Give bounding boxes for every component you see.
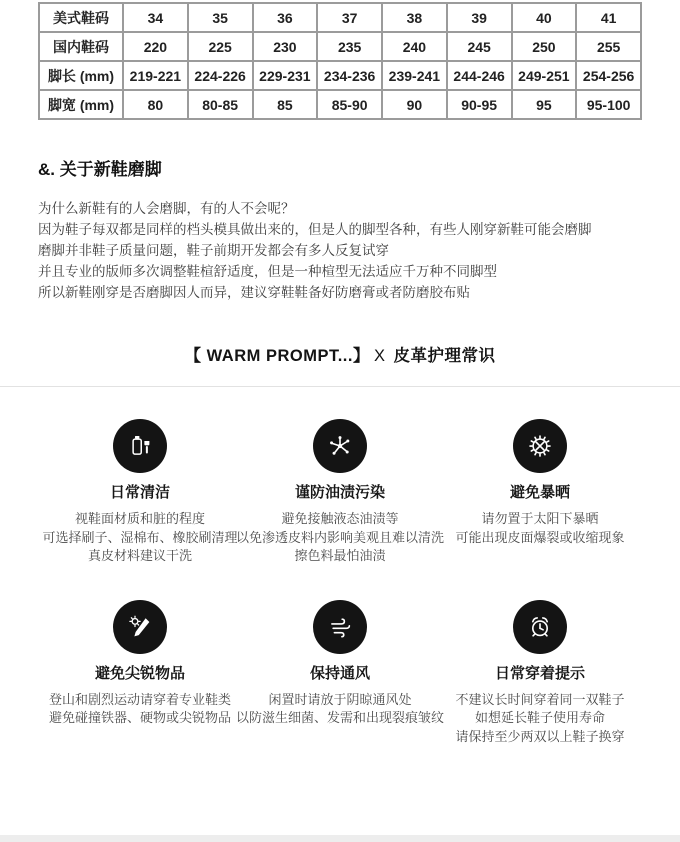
table-cell: 39 <box>447 3 512 32</box>
care-item-description: 避免接触液态油渍等 以免渗透皮料内影响美观且难以清洗 擦色料最怕油渍 <box>236 510 444 566</box>
splash-icon <box>313 419 367 473</box>
about-section-text: 为什么新鞋有的人会磨脚，有的人不会呢？ 因为鞋子每双都是同样的档头模具做出来的，… <box>38 198 592 303</box>
table-cell: 80 <box>123 90 188 119</box>
table-cell: 85 <box>253 90 318 119</box>
table-cell: 80-85 <box>188 90 253 119</box>
care-item-description: 请勿置于太阳下暴晒 可能出现皮面爆裂或收缩现象 <box>455 510 624 547</box>
care-item-title: 避免尖锐物品 <box>95 665 185 682</box>
care-desc-line: 不建议长时间穿着同一双鞋子 <box>455 691 624 710</box>
table-cell: 230 <box>253 32 318 61</box>
care-item-title: 避免暴晒 <box>510 484 570 501</box>
care-heading-x: X <box>374 347 386 365</box>
table-cell: 254-256 <box>576 61 641 90</box>
care-desc-line: 真皮材料建议干洗 <box>42 547 237 566</box>
about-text-line: 所以新鞋刚穿是否磨脚因人而异，建议穿鞋鞋备好防磨膏或者防磨胶布贴 <box>38 282 592 303</box>
care-heading-en: 【 WARM PROMPT...】 <box>185 347 370 365</box>
about-text-line: 为什么新鞋有的人会磨脚，有的人不会呢？ <box>38 198 592 219</box>
care-desc-line: 请保持至少两双以上鞋子换穿 <box>455 728 624 747</box>
table-cell: 36 <box>253 3 318 32</box>
care-item-description: 视鞋面材质和脏的程度 可选择刷子、湿棉布、橡胶刷清理 真皮材料建议干洗 <box>42 510 237 566</box>
care-desc-line: 视鞋面材质和脏的程度 <box>42 510 237 529</box>
care-heading-cn: 皮革护理常识 <box>393 347 495 365</box>
about-text-line: 因为鞋子每双都是同样的档头模具做出来的，但是人的脚型各种，有些人刚穿新鞋可能会磨… <box>38 219 592 240</box>
care-item-description: 登山和剧烈运动请穿着专业鞋类 避免碰撞铁器、硬物或尖锐物品 <box>49 691 231 728</box>
no-sun-icon <box>513 419 567 473</box>
shoe-size-table: 美式鞋码 34 35 36 37 38 39 40 41 国内鞋码 220 22… <box>38 2 642 120</box>
table-cell: 239-241 <box>382 61 447 90</box>
care-desc-line: 以免渗透皮料内影响美观且难以清洗 <box>236 529 444 548</box>
table-cell: 235 <box>317 32 382 61</box>
table-cell: 225 <box>188 32 253 61</box>
table-cell: 244-246 <box>447 61 512 90</box>
row-header: 脚长 (mm) <box>39 61 123 90</box>
about-text-line: 磨脚并非鞋子质量问题，鞋子前期开发都会有多人反复试穿 <box>38 240 592 261</box>
bottle-brush-icon <box>113 419 167 473</box>
bottom-separator-bar <box>0 835 680 842</box>
care-desc-line: 避免碰撞铁器、硬物或尖锐物品 <box>49 709 231 728</box>
care-item-sharp-objects: 避免尖锐物品 登山和剧烈运动请穿着专业鞋类 避免碰撞铁器、硬物或尖锐物品 <box>40 600 240 747</box>
table-cell: 240 <box>382 32 447 61</box>
about-section-heading: &. 关于新鞋磨脚 <box>38 155 162 180</box>
care-desc-line: 登山和剧烈运动请穿着专业鞋类 <box>49 691 231 710</box>
row-header: 国内鞋码 <box>39 32 123 61</box>
care-item-title: 日常穿着提示 <box>495 665 585 682</box>
care-desc-line: 可选择刷子、湿棉布、橡胶刷清理 <box>42 529 237 548</box>
care-item-title: 保持通风 <box>310 665 370 682</box>
table-cell: 40 <box>512 3 577 32</box>
wind-icon <box>313 600 367 654</box>
care-desc-line: 以防滋生细菌、发需和出现裂痕皱纹 <box>236 709 444 728</box>
care-item-ventilation: 保持通风 闲置时请放于阴晾通风处 以防滋生细菌、发需和出现裂痕皱纹 <box>240 600 440 747</box>
row-header: 脚宽 (mm) <box>39 90 123 119</box>
care-item-avoid-sun: 避免暴晒 请勿置于太阳下暴晒 可能出现皮面爆裂或收缩现象 <box>440 419 640 566</box>
table-cell: 219-221 <box>123 61 188 90</box>
care-item-daily-cleaning: 日常清洁 视鞋面材质和脏的程度 可选择刷子、湿棉布、橡胶刷清理 真皮材料建议干洗 <box>40 419 240 566</box>
care-section-heading: 【 WARM PROMPT...】X皮革护理常识 <box>0 342 680 366</box>
table-cell: 245 <box>447 32 512 61</box>
care-desc-line: 可能出现皮面爆裂或收缩现象 <box>455 529 624 548</box>
table-cell: 95 <box>512 90 577 119</box>
table-row: 美式鞋码 34 35 36 37 38 39 40 41 <box>39 3 641 32</box>
care-item-description: 闲置时请放于阴晾通风处 以防滋生细菌、发需和出现裂痕皱纹 <box>236 691 444 728</box>
divider <box>0 386 680 387</box>
table-cell: 37 <box>317 3 382 32</box>
table-cell: 85-90 <box>317 90 382 119</box>
care-desc-line: 擦色料最怕油渍 <box>236 547 444 566</box>
table-row: 脚宽 (mm) 80 80-85 85 85-90 90 90-95 95 95… <box>39 90 641 119</box>
table-cell: 249-251 <box>512 61 577 90</box>
table-cell: 220 <box>123 32 188 61</box>
care-item-oil-stain: 谨防油渍污染 避免接触液态油渍等 以免渗透皮料内影响美观且难以清洗 擦色料最怕油… <box>240 419 440 566</box>
care-desc-line: 如想延长鞋子使用寿命 <box>455 709 624 728</box>
table-cell: 90-95 <box>447 90 512 119</box>
table-row: 脚长 (mm) 219-221 224-226 229-231 234-236 … <box>39 61 641 90</box>
table-cell: 224-226 <box>188 61 253 90</box>
table-row: 国内鞋码 220 225 230 235 240 245 250 255 <box>39 32 641 61</box>
row-header: 美式鞋码 <box>39 3 123 32</box>
care-item-title: 日常清洁 <box>110 484 170 501</box>
table-cell: 250 <box>512 32 577 61</box>
care-desc-line: 避免接触液态油渍等 <box>236 510 444 529</box>
care-item-title: 谨防油渍污染 <box>295 484 385 501</box>
table-cell: 90 <box>382 90 447 119</box>
table-cell: 234-236 <box>317 61 382 90</box>
alarm-clock-icon <box>513 600 567 654</box>
care-items-grid: 日常清洁 视鞋面材质和脏的程度 可选择刷子、湿棉布、橡胶刷清理 真皮材料建议干洗 <box>0 419 680 746</box>
table-cell: 255 <box>576 32 641 61</box>
table-cell: 41 <box>576 3 641 32</box>
care-item-wearing-tips: 日常穿着提示 不建议长时间穿着同一双鞋子 如想延长鞋子使用寿命 请保持至少两双以… <box>440 600 640 747</box>
table-cell: 95-100 <box>576 90 641 119</box>
about-text-line: 并且专业的版师多次调整鞋楦舒适度，但是一种楦型无法适应千万种不同脚型 <box>38 261 592 282</box>
table-cell: 229-231 <box>253 61 318 90</box>
blade-gear-icon <box>113 600 167 654</box>
care-item-description: 不建议长时间穿着同一双鞋子 如想延长鞋子使用寿命 请保持至少两双以上鞋子换穿 <box>455 691 624 747</box>
table-cell: 35 <box>188 3 253 32</box>
care-desc-line: 请勿置于太阳下暴晒 <box>455 510 624 529</box>
care-desc-line: 闲置时请放于阴晾通风处 <box>236 691 444 710</box>
table-cell: 38 <box>382 3 447 32</box>
table-cell: 34 <box>123 3 188 32</box>
